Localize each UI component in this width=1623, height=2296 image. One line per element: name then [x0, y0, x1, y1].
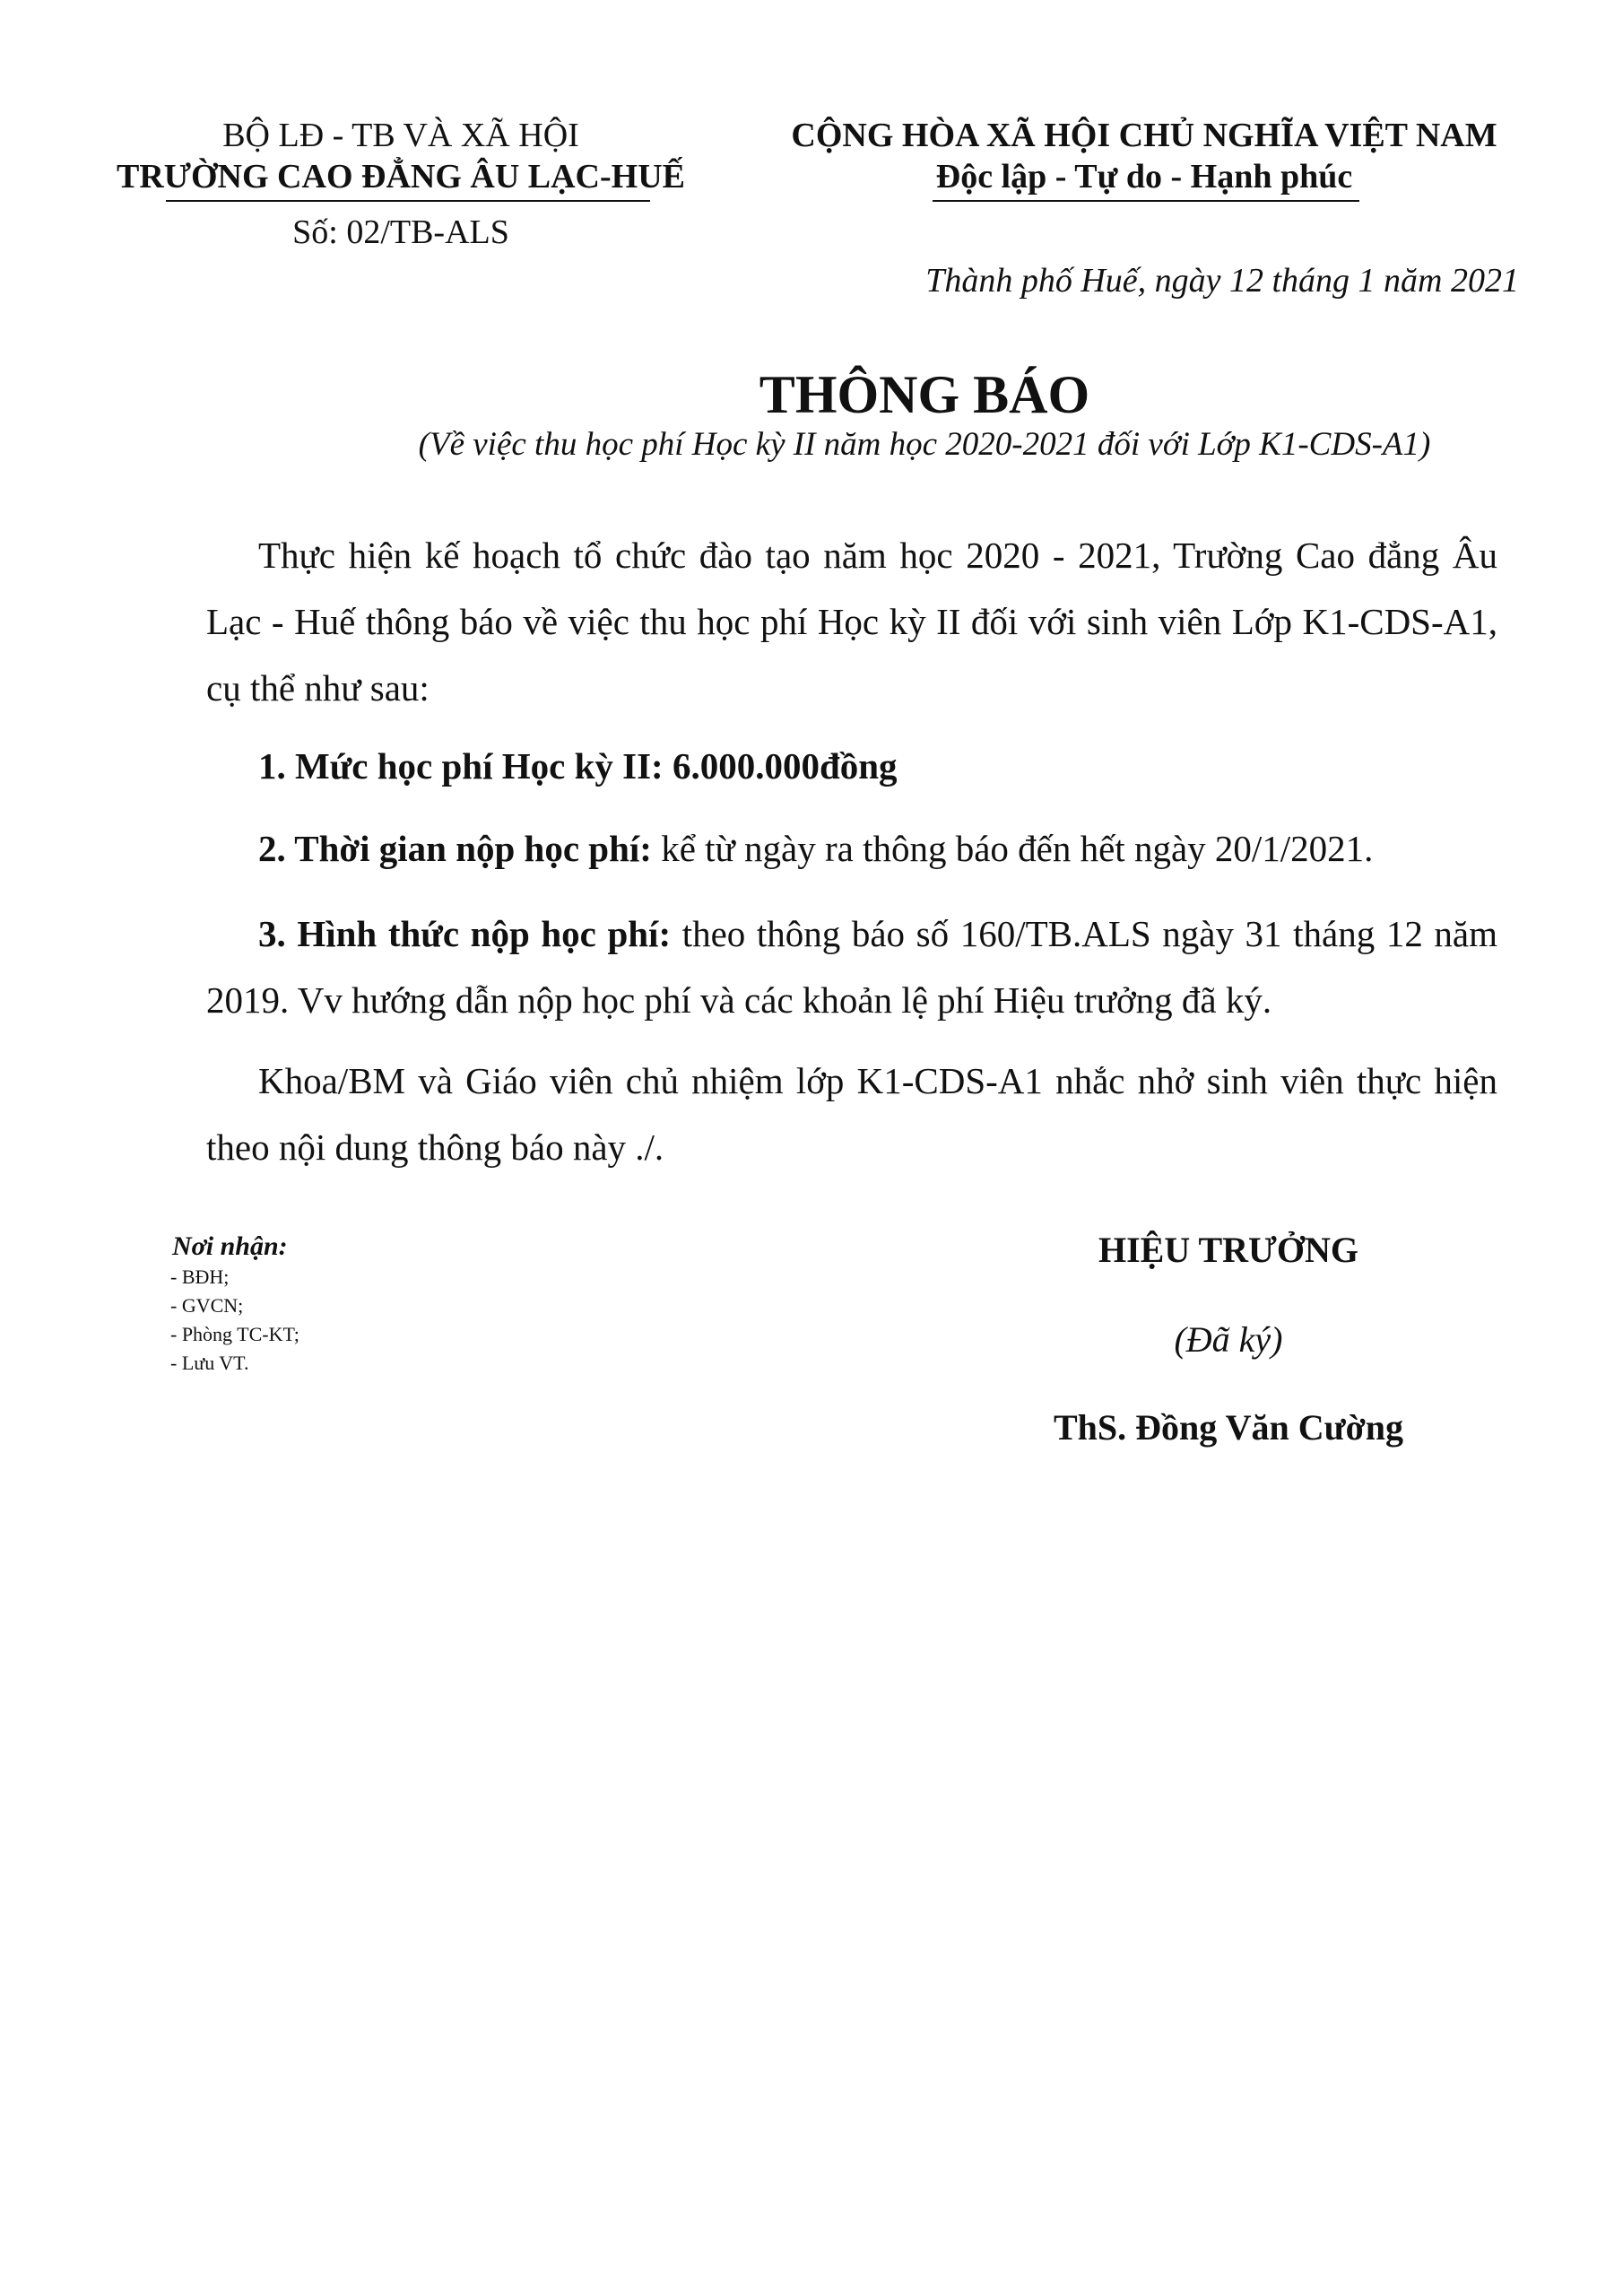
- signer-name: ThS. Đồng Văn Cường: [959, 1406, 1497, 1449]
- motto-underline: [933, 200, 1359, 202]
- signer-role: HIỆU TRƯỞNG: [1004, 1229, 1453, 1272]
- item-payment-method: 3. Hình thức nộp học phí: theo thông báo…: [206, 900, 1497, 1033]
- school-name: TRƯỜNG CAO ĐẲNG ÂU LẠC-HUẾ: [87, 156, 715, 197]
- item-fee-amount-label: 1. Mức học phí Học kỳ II: 6.000.000đồng: [258, 745, 898, 787]
- country-name: CỘNG HÒA XÃ HỘI CHỦ NGHĨA VIỆT NAM: [741, 115, 1548, 156]
- ministry-name: BỘ LĐ - TB VÀ XÃ HỘI: [132, 115, 670, 156]
- signature-status: (Đã ký): [1004, 1318, 1453, 1361]
- document-subtitle: (Về việc thu học phí Học kỳ II năm học 2…: [0, 425, 1623, 465]
- place-date: Thành phố Huế, ngày 12 tháng 1 năm 2021: [925, 260, 1519, 301]
- item-payment-period: 2. Thời gian nộp học phí: kể từ ngày ra …: [258, 827, 1373, 870]
- recipient-item: - Phòng TC-KT;: [170, 1322, 299, 1346]
- item-payment-method-label: 3. Hình thức nộp học phí:: [258, 913, 671, 954]
- item-fee-amount: 1. Mức học phí Học kỳ II: 6.000.000đồng: [258, 744, 898, 787]
- closing-paragraph: Khoa/BM và Giáo viên chủ nhiệm lớp K1-CD…: [206, 1048, 1497, 1180]
- recipient-item: - Lưu VT.: [170, 1351, 248, 1375]
- document-number: Số: 02/TB-ALS: [177, 212, 625, 253]
- national-motto: Độc lập - Tự do - Hạnh phúc: [830, 156, 1458, 197]
- item-payment-period-label: 2. Thời gian nộp học phí:: [258, 828, 652, 869]
- item-payment-period-text: kể từ ngày ra thông báo đến hết ngày 20/…: [652, 828, 1373, 869]
- document-title: THÔNG BÁO: [0, 363, 1623, 426]
- recipients-heading: Nơi nhận:: [172, 1231, 288, 1263]
- recipient-item: - BĐH;: [170, 1265, 229, 1289]
- intro-paragraph: Thực hiện kế hoạch tổ chức đào tạo năm h…: [206, 522, 1497, 721]
- school-underline: [166, 200, 650, 202]
- recipient-item: - GVCN;: [170, 1293, 243, 1318]
